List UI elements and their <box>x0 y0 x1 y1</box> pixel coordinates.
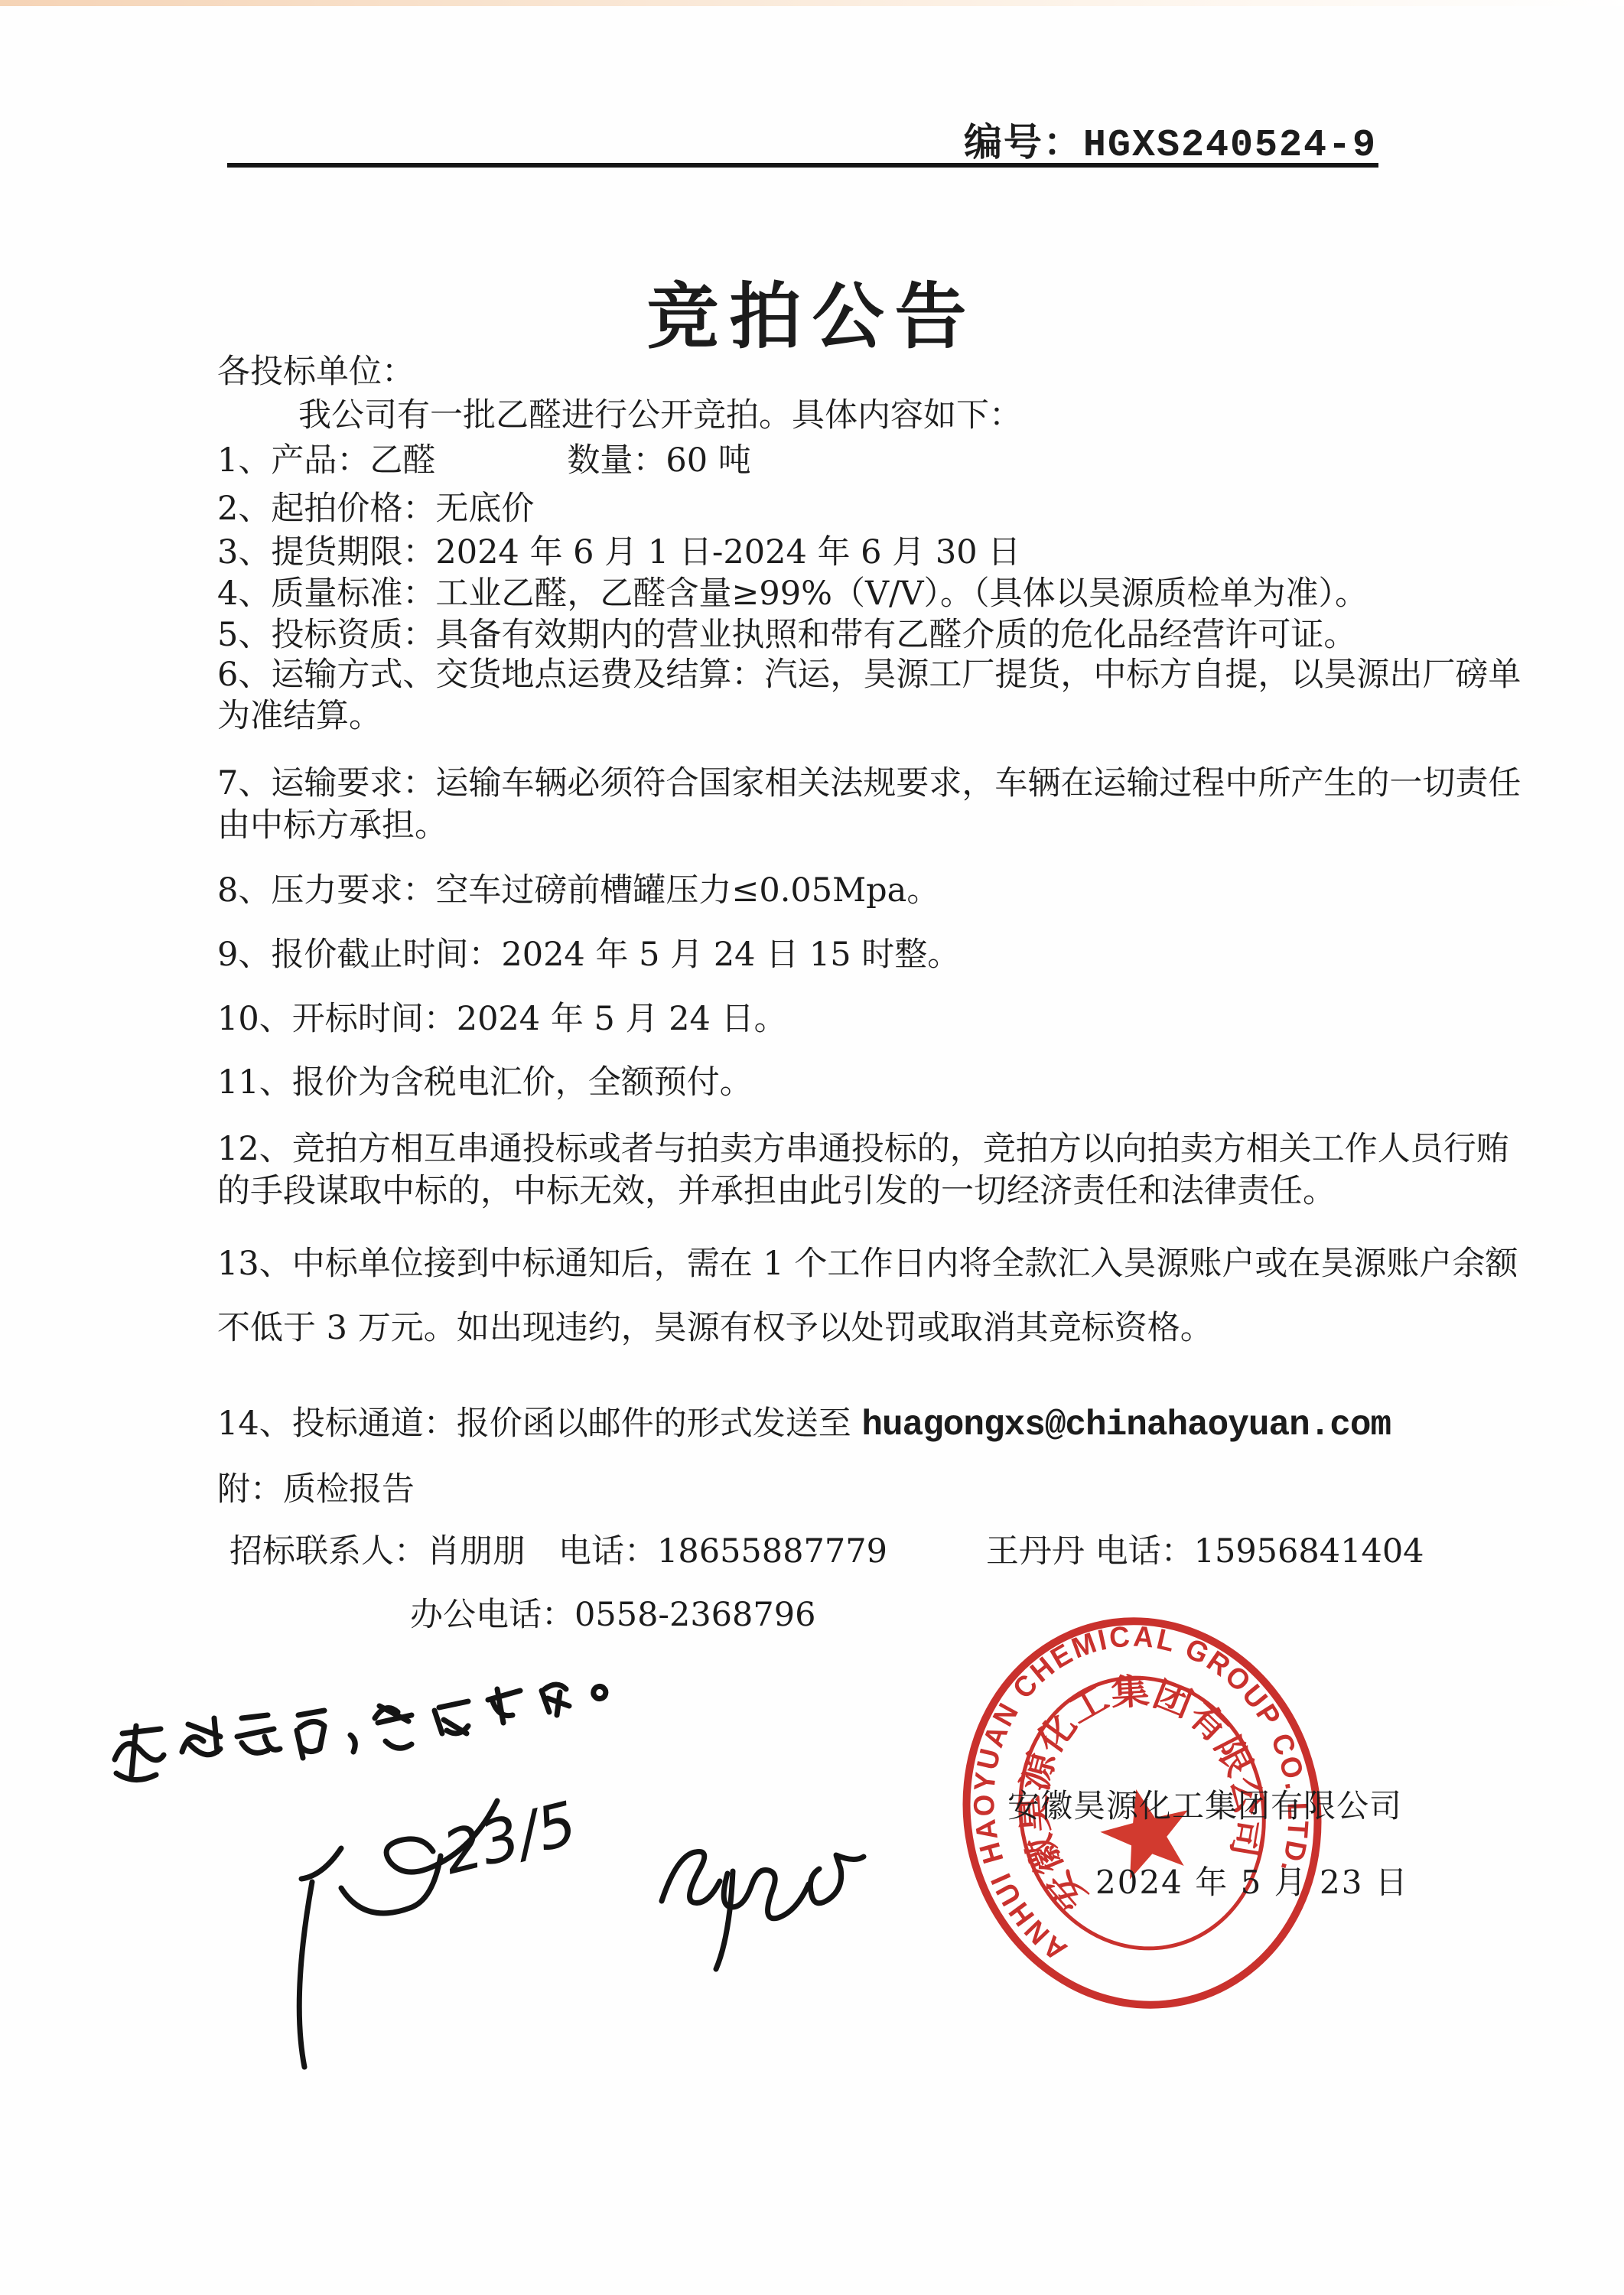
doc-line-intro: 我公司有一批乙醛进行公开竞拍。具体内容如下： <box>298 397 1022 435</box>
handwritten-signature-approver <box>662 1851 864 1969</box>
doc-line-item4: 4、质量标准：工业乙醛，乙醛含量≥99%（V/V）。（具体以昊源质检单为准）。 <box>217 575 1368 613</box>
header-rule <box>227 163 1378 168</box>
doc-line-item5: 5、投标资质：具备有效期内的营业执照和带有乙醛介质的危化品经营许可证。 <box>217 617 1356 654</box>
doc-line-item7b: 由中标方承担。 <box>217 807 447 845</box>
doc-line-salutation: 各投标单位： <box>217 353 415 391</box>
signature-date: 2024 年 5 月 23 日 <box>1095 1857 1409 1903</box>
doc-line-item10: 10、开标时间：2024 年 5 月 24 日。 <box>217 1001 787 1038</box>
doc-line-item12b: 的手段谋取中标的，中标无效，并承担由此引发的一切经济责任和法律责任。 <box>217 1173 1336 1210</box>
doc-line-item13b: 不低于 3 万元。如出现违约，昊源有权予以处罚或取消其竞标资格。 <box>217 1310 1213 1347</box>
doc-line-item1: 1、产品：乙醛 数量：60 吨 <box>217 442 751 480</box>
doc-line-item9: 9、报价截止时间：2024 年 5 月 24 日 15 时整。 <box>217 936 960 974</box>
scan-edge-artifact <box>0 0 1624 6</box>
doc-line-item8: 8、压力要求：空车过磅前槽罐压力≤0.05Mpa。 <box>217 872 939 910</box>
bid-email-address: huagongxs@chinahaoyuan.com <box>861 1405 1391 1445</box>
doc-line-item6a: 6、运输方式、交货地点运费及结算：汽运，昊源工厂提货，中标方自提，以昊源出厂磅单 <box>217 656 1521 694</box>
doc-line-item11: 11、报价为含税电汇价，全额预付。 <box>217 1064 753 1102</box>
doc-line-item12a: 12、竞拍方相互串通投标或者与拍卖方串通投标的，竞拍方以向拍卖方相关工作人员行贿 <box>217 1131 1509 1168</box>
doc-line-item14: 14、投标通道：报价函以邮件的形式发送至 huagongxs@chinahaoy… <box>217 1405 1391 1446</box>
doc-line-office-phone: 办公电话：0558-2368796 <box>410 1597 815 1634</box>
doc-line-item6b: 为准结算。 <box>217 698 382 735</box>
document-page: 编号：HGXS240524-9 竞拍公告 各投标单位： 我公司有一批乙醛进行公开… <box>0 0 1624 2295</box>
handwritten-note: 建议竞拍，请领导批示。 23/5 <box>69 1637 1025 2127</box>
doc-line-attachment: 附：质检报告 <box>217 1471 415 1509</box>
page-title: 竞拍公告 <box>0 259 1624 362</box>
doc-line-item7a: 7、运输要求：运输车辆必须符合国家相关法规要求，车辆在运输过程中所产生的一切责任 <box>217 765 1521 802</box>
signature-company-name: 安徽昊源化工集团有限公司 <box>1007 1781 1402 1827</box>
doc-number: 编号：HGXS240524-9 <box>0 112 1377 168</box>
doc-line-item3: 3、提货期限：2024 年 6 月 1 日-2024 年 6 月 30 日 <box>217 534 1020 571</box>
doc-line-item2: 2、起拍价格：无底价 <box>217 490 534 528</box>
doc-line-contacts: 招标联系人：肖朋朋 电话：18655887779 王丹丹 电话：15956841… <box>229 1533 1424 1571</box>
doc-line-item13a: 13、中标单位接到中标通知后，需在 1 个工作日内将全款汇入昊源账户或在昊源账户… <box>217 1245 1518 1283</box>
handwritten-date: 23/5 <box>437 1789 584 1889</box>
bid-channel-text: 14、投标通道：报价函以邮件的形式发送至 <box>217 1405 861 1443</box>
